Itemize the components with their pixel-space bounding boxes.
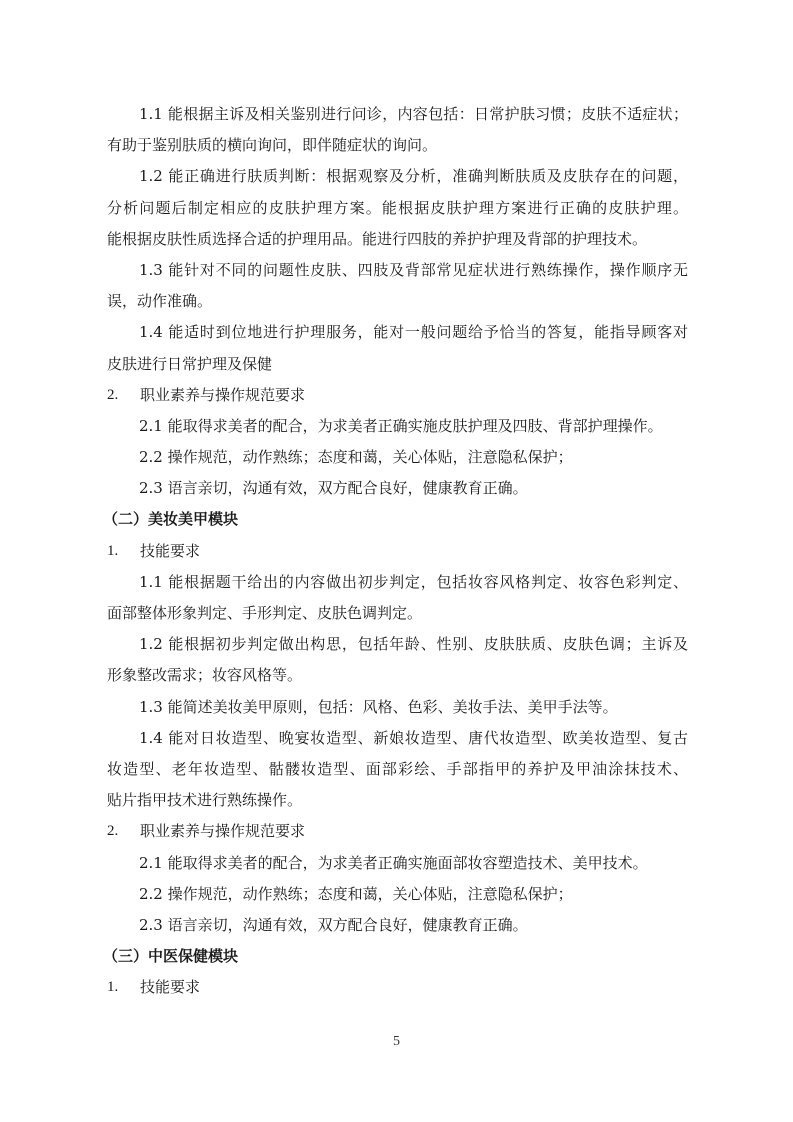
- paragraph-line: 1.1 能根据题干给出的内容做出初步判定，包括妆容风格判定、妆容色彩判定、: [107, 567, 688, 598]
- paragraph-line: 1.4 能适时到位地进行护理服务，能对一般问题给予恰当的答复，能指导顾客对: [107, 317, 688, 348]
- sub-item-2-3: 2.3 语言亲切，沟通有效，双方配合良好，健康教育正确。: [107, 910, 688, 941]
- list-number: 2.: [107, 380, 140, 411]
- paragraph-1-4: 1.4 能适时到位地进行护理服务，能对一般问题给予恰当的答复，能指导顾客对 皮肤…: [107, 317, 688, 379]
- paragraph-line: 1.2 能根据初步判定做出构思，包括年龄、性别、皮肤肤质、皮肤色调；主诉及: [107, 629, 688, 660]
- list-text: 职业素养与操作规范要求: [140, 816, 305, 847]
- list-item-skill-requirements: 1. 技能要求: [107, 972, 688, 1003]
- paragraph-line: 能根据皮肤性质选择合适的护理用品。能进行四肢的养护护理及背部的护理技术。: [107, 224, 688, 255]
- paragraph-2-4: 1.4 能对日妆造型、晚宴妆造型、新娘妆造型、唐代妆造型、欧美妆造型、复古 妆造…: [107, 723, 688, 817]
- list-number: 2.: [107, 816, 140, 847]
- list-number: 1.: [107, 972, 140, 1003]
- sub-item-2-2: 2.2 操作规范，动作熟练；态度和蔼，关心体贴，注意隐私保护；: [107, 442, 688, 473]
- list-text: 技能要求: [140, 972, 200, 1003]
- paragraph-2-3: 1.3 能简述美妆美甲原则，包括：风格、色彩、美妆手法、美甲手法等。: [107, 692, 688, 723]
- sub-item-2-1: 2.1 能取得求美者的配合，为求美者正确实施皮肤护理及四肢、背部护理操作。: [107, 411, 688, 442]
- paragraph-line: 妆造型、老年妆造型、骷髅妆造型、面部彩绘、手部指甲的养护及甲油涂抹技术、: [107, 754, 688, 785]
- list-text: 职业素养与操作规范要求: [140, 380, 305, 411]
- paragraph-line: 有助于鉴别肤质的横向询问，即伴随症状的询问。: [107, 130, 688, 161]
- paragraph-line: 贴片指甲技术进行熟练操作。: [107, 785, 688, 816]
- list-text: 技能要求: [140, 536, 200, 567]
- sub-item-2-3: 2.3 语言亲切，沟通有效，双方配合良好，健康教育正确。: [107, 473, 688, 504]
- paragraph-line: 分析问题后制定相应的皮肤护理方案。能根据皮肤护理方案进行正确的皮肤护理。: [107, 193, 688, 224]
- paragraph-1-2: 1.2 能正确进行肤质判断：根据观察及分析，准确判断肤质及皮肤存在的问题， 分析…: [107, 161, 688, 255]
- paragraph-line: 1.2 能正确进行肤质判断：根据观察及分析，准确判断肤质及皮肤存在的问题，: [107, 161, 688, 192]
- paragraph-2-1: 1.1 能根据题干给出的内容做出初步判定，包括妆容风格判定、妆容色彩判定、 面部…: [107, 567, 688, 629]
- list-item-professional-requirements: 2. 职业素养与操作规范要求: [107, 816, 688, 847]
- list-number: 1.: [107, 536, 140, 567]
- paragraph-line: 形象整改需求；妆容风格等。: [107, 660, 688, 691]
- list-item-professional-requirements: 2. 职业素养与操作规范要求: [107, 380, 688, 411]
- paragraph-line: 皮肤进行日常护理及保健: [107, 349, 688, 380]
- paragraph-line: 面部整体形象判定、手形判定、皮肤色调判定。: [107, 598, 688, 629]
- page-number: 5: [0, 1034, 793, 1050]
- paragraph-line: 1.1 能根据主诉及相关鉴别进行问诊，内容包括：日常护肤习惯；皮肤不适症状；: [107, 99, 688, 130]
- paragraph-line: 1.3 能针对不同的问题性皮肤、四肢及背部常见症状进行熟练操作，操作顺序无: [107, 255, 688, 286]
- section-heading-makeup-nail: （二）美妆美甲模块: [103, 504, 688, 535]
- sub-item-2-2: 2.2 操作规范，动作熟练；态度和蔼，关心体贴，注意隐私保护；: [107, 879, 688, 910]
- sub-item-2-1: 2.1 能取得求美者的配合，为求美者正确实施面部妆容塑造技术、美甲技术。: [107, 848, 688, 879]
- list-item-skill-requirements: 1. 技能要求: [107, 536, 688, 567]
- paragraph-1-1: 1.1 能根据主诉及相关鉴别进行问诊，内容包括：日常护肤习惯；皮肤不适症状； 有…: [107, 99, 688, 161]
- paragraph-2-2: 1.2 能根据初步判定做出构思，包括年龄、性别、皮肤肤质、皮肤色调；主诉及 形象…: [107, 629, 688, 691]
- document-page: 1.1 能根据主诉及相关鉴别进行问诊，内容包括：日常护肤习惯；皮肤不适症状； 有…: [107, 99, 688, 1003]
- paragraph-1-3: 1.3 能针对不同的问题性皮肤、四肢及背部常见症状进行熟练操作，操作顺序无 误，…: [107, 255, 688, 317]
- paragraph-line: 1.4 能对日妆造型、晚宴妆造型、新娘妆造型、唐代妆造型、欧美妆造型、复古: [107, 723, 688, 754]
- paragraph-line: 误，动作准确。: [107, 286, 688, 317]
- section-heading-tcm-health: （三）中医保健模块: [103, 941, 688, 972]
